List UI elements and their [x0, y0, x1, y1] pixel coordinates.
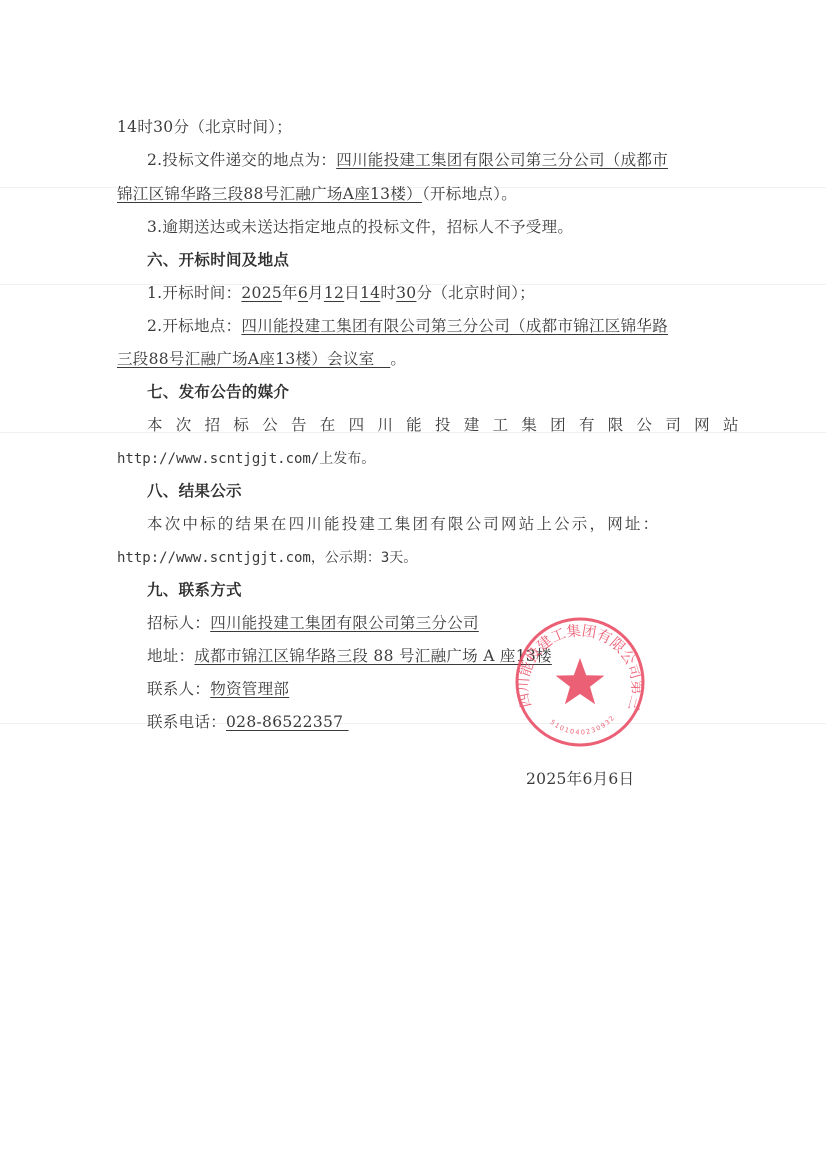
underlined-location: 四川能投建工集团有限公司第三分公司（成都市锦江区锦华路: [241, 317, 668, 335]
url-text: http://www.scntjgjt.com，公示期：3天。: [117, 550, 417, 566]
char: 限: [608, 415, 624, 435]
section-heading-7: 七、发布公告的媒介: [147, 382, 289, 402]
char: 投: [435, 415, 451, 435]
url-text: http://www.scntjgjt.com/上发布。: [117, 451, 375, 467]
text: 年: [282, 284, 298, 302]
document-date: 2025年6月6日: [526, 769, 634, 789]
value: 物资管理部: [210, 680, 289, 698]
text: （开标地点）。: [422, 185, 517, 203]
label: 地址：: [147, 647, 194, 665]
day: 12: [324, 284, 344, 302]
contact-phone: 联系电话：028-86522357: [147, 712, 349, 732]
hour: 14: [360, 284, 380, 302]
text: 分（北京时间）；: [416, 284, 535, 302]
char: 招: [205, 415, 221, 435]
char: 网: [694, 415, 710, 435]
value: 成都市锦江区锦华路三段 88 号汇融广场 A 座13楼: [194, 647, 551, 665]
scan-line: [0, 723, 826, 724]
year: 2025: [241, 284, 282, 302]
char: 次: [176, 415, 192, 435]
char: 本: [147, 415, 163, 435]
text-line: 14时30分（北京时间）；: [117, 117, 292, 137]
char: 有: [579, 415, 595, 435]
char: 集: [521, 415, 537, 435]
label: 2.开标地点：: [147, 317, 241, 335]
char: 四: [349, 415, 365, 435]
paragraph-submit-location-cont: 锦江区锦华路三段88号汇融广场A座13楼）（开标地点）。: [117, 184, 517, 204]
month: 6: [298, 284, 308, 302]
section-heading-8: 八、结果公示: [147, 481, 242, 501]
char: 能: [406, 415, 422, 435]
char: 在: [320, 415, 336, 435]
company-seal-stamp: 四川能投建工集团有限公司第三分公司 5101040230932: [513, 615, 647, 749]
paragraph-results-line2: http://www.scntjgjt.com，公示期：3天。: [117, 547, 417, 568]
text: 。: [390, 350, 406, 368]
char: 公: [637, 415, 653, 435]
char: 建: [464, 415, 480, 435]
label: 联系电话：: [147, 713, 226, 731]
underlined-location: 锦江区锦华路三段88号汇融广场A座13楼）: [117, 185, 422, 203]
underlined-location: 四川能投建工集团有限公司第三分公司（成都市: [336, 151, 668, 169]
label: 1.开标时间：: [147, 284, 241, 302]
paragraph-opening-time: 1.开标时间：2025年6月12日14时30分（北京时间）；: [147, 283, 535, 303]
paragraph-late-submission: 3.逾期送达或未送达指定地点的投标文件，招标人不予受理。: [147, 217, 573, 237]
contact-person: 联系人：物资管理部: [147, 679, 289, 699]
char: 标: [233, 415, 249, 435]
section-heading-6: 六、开标时间及地点: [147, 250, 289, 270]
contact-address: 地址：成都市锦江区锦华路三段 88 号汇融广场 A 座13楼: [147, 646, 552, 666]
seal-code: 5101040230932: [548, 713, 616, 736]
char: 工: [493, 415, 509, 435]
paragraph-opening-location: 2.开标地点：四川能投建工集团有限公司第三分公司（成都市锦江区锦华路: [147, 316, 668, 336]
label: 2.投标文件递交的地点为：: [147, 151, 336, 169]
paragraph-results-line1: 本次中标的结果在四川能投建工集团有限公司网站上公示，网址：: [147, 514, 660, 534]
label: 联系人：: [147, 680, 210, 698]
text: 时: [380, 284, 396, 302]
char: 团: [550, 415, 566, 435]
minute: 30: [396, 284, 416, 302]
value: 028-86522357: [226, 713, 349, 731]
paragraph-submit-location: 2.投标文件递交的地点为：四川能投建工集团有限公司第三分公司（成都市: [147, 150, 668, 170]
text: 月: [308, 284, 324, 302]
star-icon: [556, 658, 605, 704]
char: 公: [262, 415, 278, 435]
char: 站: [723, 415, 739, 435]
text: 日: [344, 284, 360, 302]
contact-tenderer: 招标人：四川能投建工集团有限公司第三分公司: [147, 613, 479, 633]
label: 招标人：: [147, 614, 210, 632]
char: 司: [665, 415, 681, 435]
value: 四川能投建工集团有限公司第三分公司: [210, 614, 479, 632]
char: 川: [377, 415, 393, 435]
paragraph-opening-location-cont: 三段88号汇融广场A座13楼）会议室 。: [117, 349, 406, 369]
char: 告: [291, 415, 307, 435]
paragraph-media-line2: http://www.scntjgjt.com/上发布。: [117, 448, 375, 469]
paragraph-media-line1: 本次招标公告在四川能投建工集团有限公司网站: [147, 415, 739, 435]
underlined-location: 三段88号汇融广场A座13楼）会议室: [117, 350, 390, 368]
section-heading-9: 九、联系方式: [147, 580, 242, 600]
